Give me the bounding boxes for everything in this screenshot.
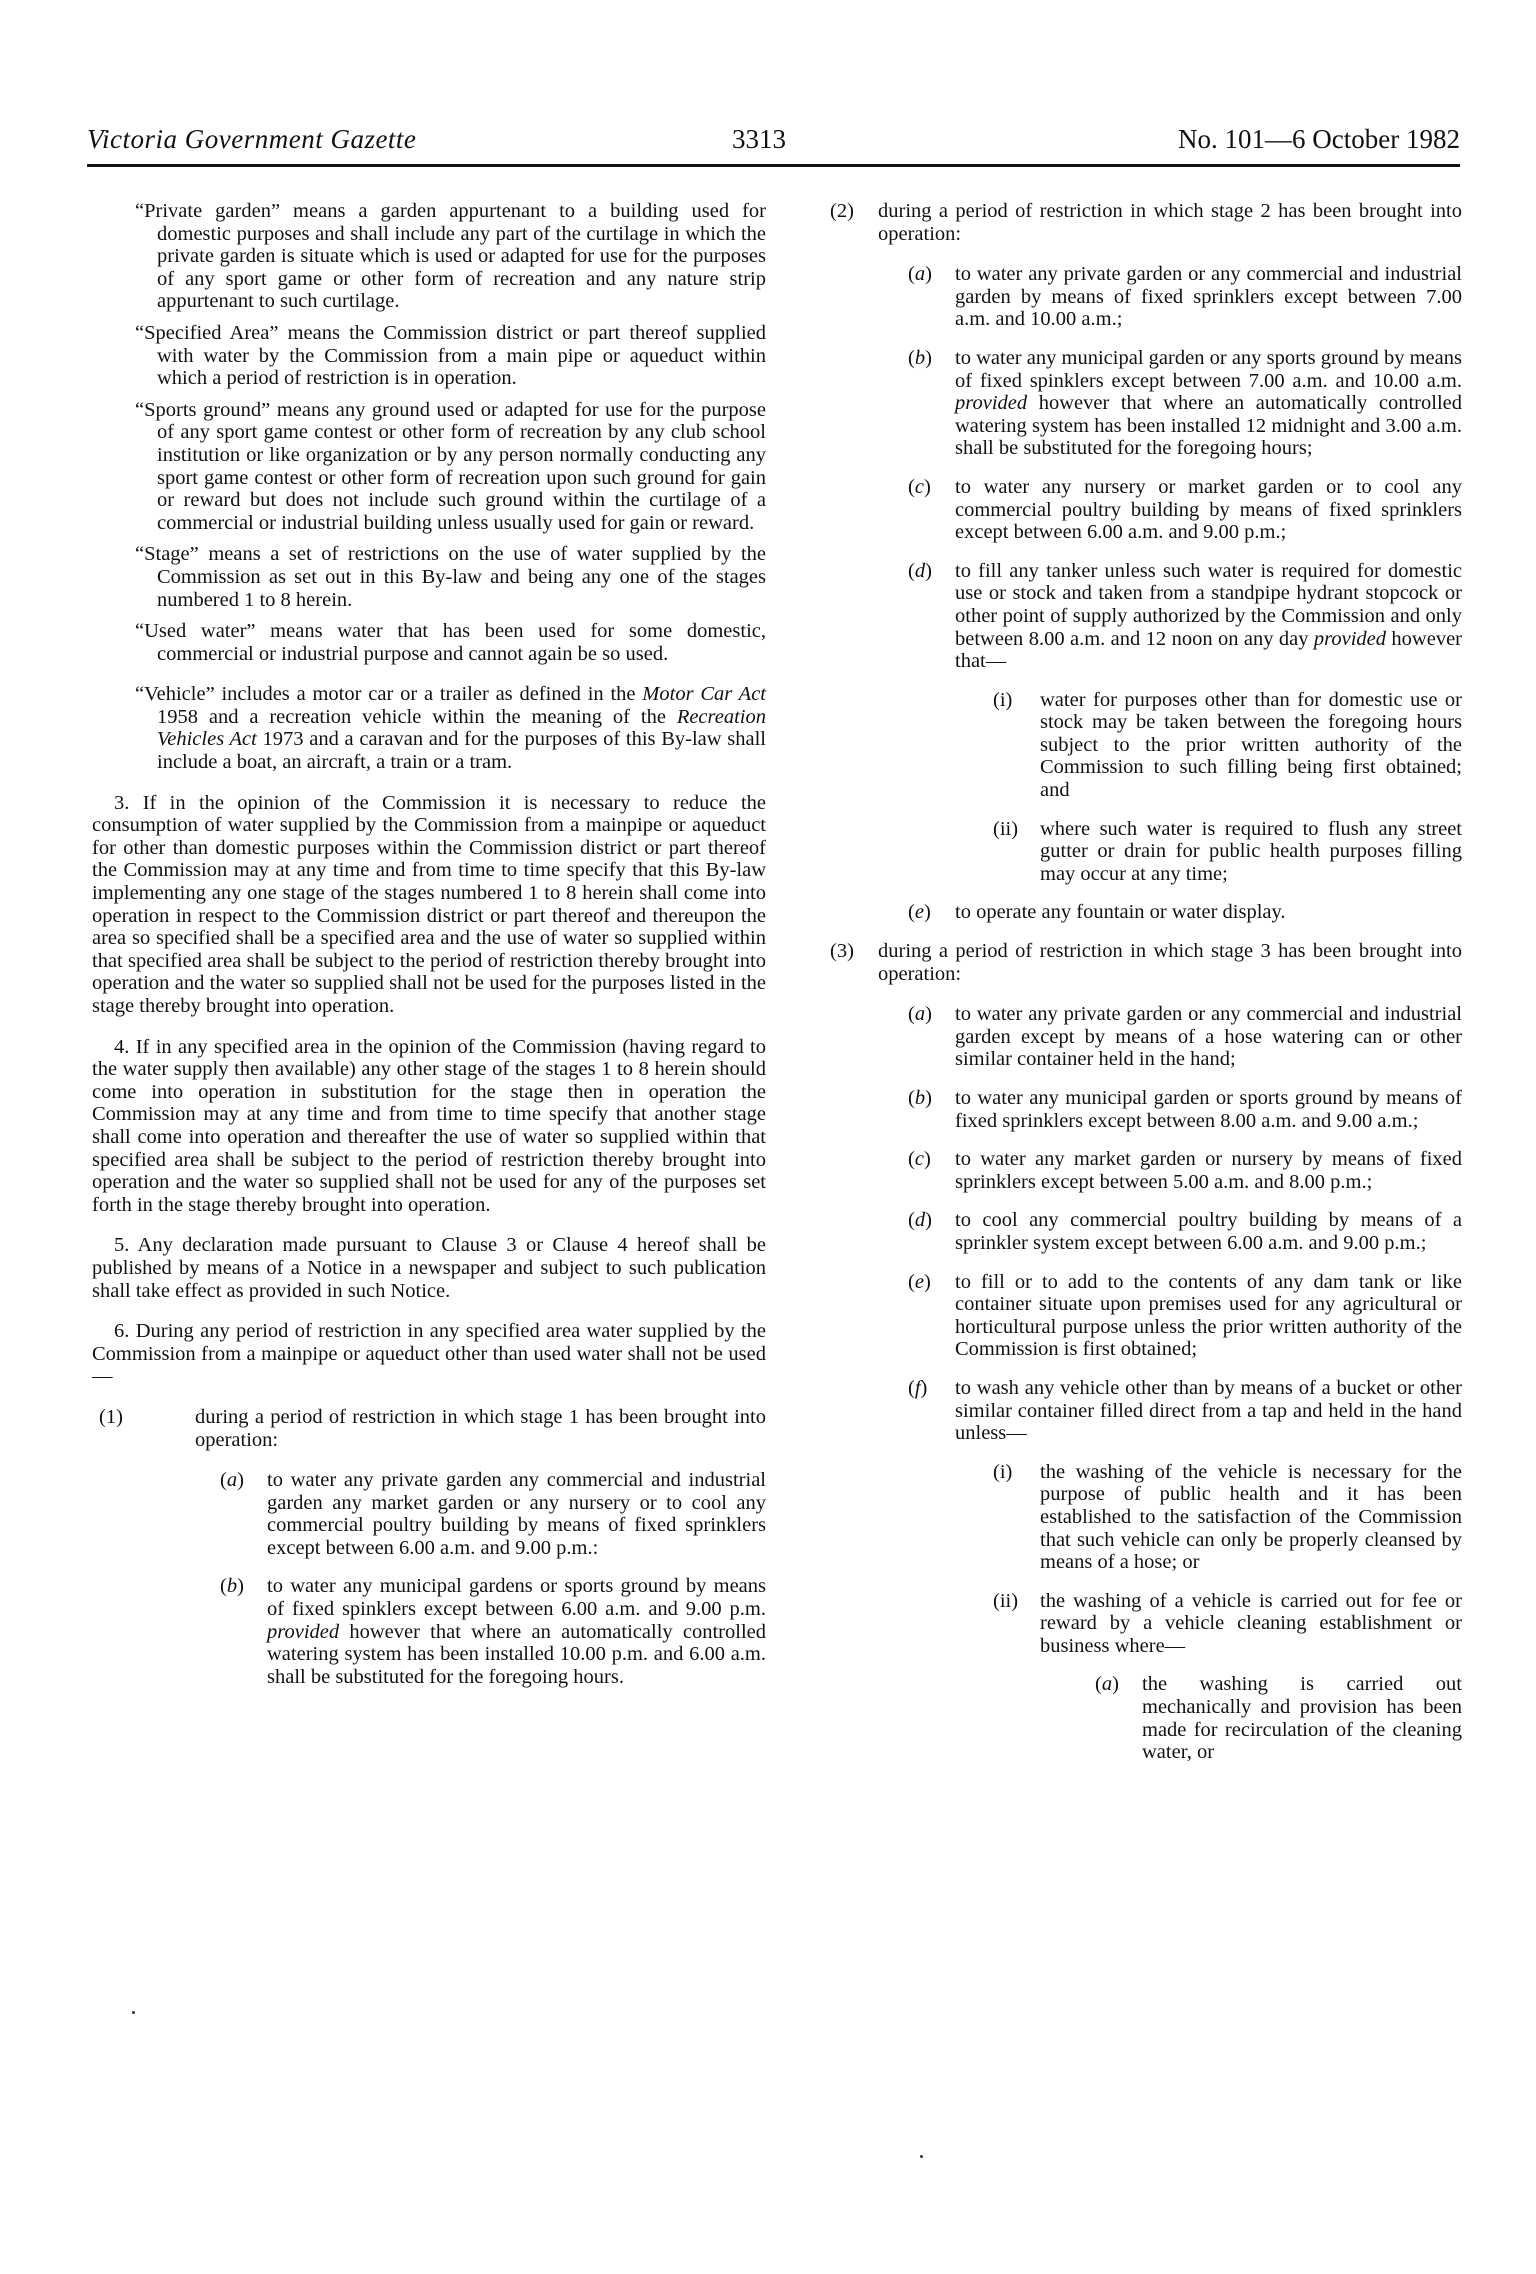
item-label: (a) xyxy=(220,1469,244,1492)
stage-3-item-f-ii: (ii) the washing of a vehicle is carried… xyxy=(1040,1590,1462,1658)
item-label: (ii) xyxy=(993,818,1018,841)
clause-4: 4. If in any specified area in the opini… xyxy=(92,1036,766,1217)
item-label: (d) xyxy=(908,560,932,583)
item-label: (b) xyxy=(908,1087,932,1110)
page-number: 3313 xyxy=(732,124,786,155)
item-label: (a) xyxy=(908,1003,932,1026)
stage-3-item-f-i: (i) the washing of the vehicle is necess… xyxy=(1040,1461,1462,1574)
stage-3-item-c: (c) to water any market garden or nurser… xyxy=(955,1148,1462,1193)
definition-sports-ground: “Sports ground” means any ground used or… xyxy=(135,399,766,535)
issue-date: No. 101—6 October 1982 xyxy=(1178,124,1460,155)
stage-2-item-b: (b) to water any municipal garden or any… xyxy=(955,347,1462,460)
clause-6: 6. During any period of restriction in a… xyxy=(92,1320,766,1388)
left-column: “Private garden” means a garden appurten… xyxy=(92,200,766,1704)
definition-stage: “Stage” means a set of restrictions on t… xyxy=(135,543,766,611)
stage-3-item-a: (a) to water any private garden or any c… xyxy=(955,1003,1462,1071)
stage-3-item-f: (f) to wash any vehicle other than by me… xyxy=(955,1377,1462,1445)
item-label: (3) xyxy=(830,940,854,963)
item-label: (a) xyxy=(908,263,932,286)
stage-2: (2) during a period of restriction in wh… xyxy=(878,200,1462,245)
definition-vehicle: “Vehicle” includes a motor car or a trai… xyxy=(135,683,766,773)
item-label: (a) xyxy=(1095,1673,1119,1696)
stage-1: (1) during a period of restriction in wh… xyxy=(147,1406,766,1451)
stage-3-item-b: (b) to water any municipal garden or spo… xyxy=(955,1087,1462,1132)
clause-5: 5. Any declaration made pursuant to Clau… xyxy=(92,1234,766,1302)
item-label: (d) xyxy=(908,1209,932,1232)
stage-3-item-e: (e) to fill or to add to the contents of… xyxy=(955,1271,1462,1361)
stage-3-item-f-ii-a: (a) the washing is carried out mechanica… xyxy=(1142,1673,1462,1763)
item-label: (f) xyxy=(908,1377,927,1400)
publication-title: Victoria Government Gazette xyxy=(87,124,416,155)
definition-specified-area: “Specified Area” means the Commission di… xyxy=(135,322,766,390)
item-label: (c) xyxy=(908,1148,931,1171)
item-label: (i) xyxy=(993,1461,1012,1484)
definition-private-garden: “Private garden” means a garden appurten… xyxy=(135,200,766,313)
stage-2-item-d-i: (i) water for purposes other than for do… xyxy=(1040,689,1462,802)
item-label: (b) xyxy=(220,1575,244,1598)
item-label: (2) xyxy=(830,200,854,223)
stage-2-item-d: (d) to fill any tanker unless such water… xyxy=(955,560,1462,673)
stage-1-item-a: (a) to water any private garden any comm… xyxy=(267,1469,766,1559)
item-label: (e) xyxy=(908,901,931,924)
item-label: (ii) xyxy=(993,1590,1018,1613)
stage-2-item-a: (a) to water any private garden or any c… xyxy=(955,263,1462,331)
item-label: (e) xyxy=(908,1271,931,1294)
act-name: Motor Car Act xyxy=(642,683,766,705)
clause-3: 3. If in the opinion of the Commission i… xyxy=(92,792,766,1018)
item-label: (c) xyxy=(908,476,931,499)
item-label: (b) xyxy=(908,347,932,370)
running-header: Victoria Government Gazette 3313 No. 101… xyxy=(87,124,1460,167)
item-label: (i) xyxy=(993,689,1012,712)
stage-2-item-e: (e) to operate any fountain or water dis… xyxy=(955,901,1462,924)
stage-3: (3) during a period of restriction in wh… xyxy=(878,940,1462,985)
right-column: (2) during a period of restriction in wh… xyxy=(830,200,1462,1780)
item-label: (1) xyxy=(99,1406,123,1429)
scan-artifact xyxy=(132,2011,135,2014)
stage-3-item-d: (d) to cool any commercial poultry build… xyxy=(955,1209,1462,1254)
definition-used-water: “Used water” means water that has been u… xyxy=(135,620,766,665)
stage-1-item-b: (b) to water any municipal gardens or sp… xyxy=(267,1575,766,1688)
stage-2-item-d-ii: (ii) where such water is required to flu… xyxy=(1040,818,1462,886)
scan-artifact xyxy=(920,2155,923,2158)
stage-2-item-c: (c) to water any nursery or market garde… xyxy=(955,476,1462,544)
